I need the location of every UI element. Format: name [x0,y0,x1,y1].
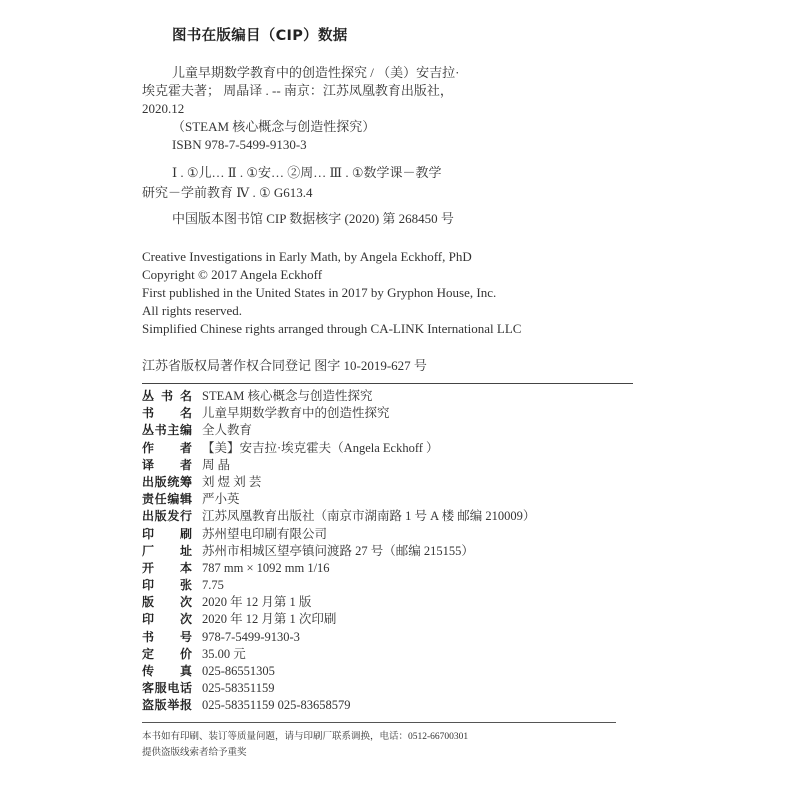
info-value: 儿童早期数学教育中的创造性探究 [192,405,390,422]
chinese-rights-line: Simplified Chinese rights arranged throu… [142,320,521,338]
info-label: 责任编辑 [142,491,192,508]
english-title-line: Creative Investigations in Early Math, b… [142,248,521,266]
info-value: 35.00 元 [192,646,246,663]
copyright-registration: 江苏省版权局著作权合同登记 图字 10-2019-627 号 [142,355,427,374]
rights-reserved-line: All rights reserved. [142,302,521,320]
info-row-price: 定价 35.00 元 [142,646,535,663]
info-value: 787 mm × 1092 mm 1/16 [192,560,330,577]
info-row-printer: 印刷 苏州望电印刷有限公司 [142,526,535,543]
info-row-editor: 责任编辑 严小英 [142,491,535,508]
info-label: 书名 [142,405,192,422]
footer-notice: 本书如有印刷、装订等质量问题，请与印刷厂联系调换，电话：0512-6670030… [142,729,468,761]
info-label: 定价 [142,646,192,663]
info-row-printing: 印次 2020 年 12 月第 1 次印刷 [142,611,535,628]
info-row-factory-address: 厂址 苏州市相城区望亭镇问渡路 27 号（邮编 215155） [142,543,535,560]
info-label: 版次 [142,594,192,611]
info-value: 全人教育 [192,422,252,439]
info-label: 印刷 [142,526,192,543]
info-label: 书号 [142,629,192,646]
info-label: 厂址 [142,543,192,560]
info-label: 丛书主编 [142,422,192,439]
top-divider [142,383,633,384]
cip-series-line: （STEAM 核心概念与创造性探究） [142,118,502,136]
info-row-title: 书名 儿童早期数学教育中的创造性探究 [142,405,535,422]
info-row-translator: 译者 周 晶 [142,457,535,474]
classification-line: 研究－学前教育 Ⅳ . ① G613.4 [142,183,502,203]
cip-entry-line: 埃克霍夫著； 周晶译 . -- 南京：江苏凤凰教育出版社， [142,82,502,100]
info-value: 刘 煜 刘 芸 [192,474,261,491]
info-label: 客服电话 [142,680,192,697]
info-value: 江苏凤凰教育出版社（南京市湖南路 1 号 A 楼 邮编 210009） [192,508,535,525]
bottom-divider [142,722,616,723]
info-row-publisher: 出版发行 江苏凤凰教育出版社（南京市湖南路 1 号 A 楼 邮编 210009） [142,508,535,525]
first-published-line: First published in the United States in … [142,284,521,302]
info-value: 978-7-5499-9130-3 [192,629,300,646]
info-value: 025-58351159 025-83658579 [192,697,351,714]
info-row-series: 丛书名 STEAM 核心概念与创造性探究 [142,388,535,405]
classification-line: Ⅰ . ①儿… Ⅱ . ①安… ②周… Ⅲ . ①数学课－教学 [142,163,502,183]
cip-entry-line: 儿童早期数学教育中的创造性探究 / （美）安吉拉· [142,64,502,82]
info-row-sheets: 印张 7.75 [142,577,535,594]
info-label: 开本 [142,560,192,577]
info-label: 印次 [142,611,192,628]
cip-number: 中国版本图书馆 CIP 数据核字 (2020) 第 268450 号 [172,208,454,227]
cip-classification: Ⅰ . ①儿… Ⅱ . ①安… ②周… Ⅲ . ①数学课－教学 研究－学前教育 … [142,163,502,203]
quality-notice: 本书如有印刷、装订等质量问题，请与印刷厂联系调换，电话：0512-6670030… [142,729,468,745]
info-row-piracy-report: 盗版举报 025-58351159 025-83658579 [142,697,535,714]
cip-entry-line: 2020.12 [142,100,502,118]
info-label: 传真 [142,663,192,680]
info-label: 丛书名 [142,388,192,405]
cip-entry: 儿童早期数学教育中的创造性探究 / （美）安吉拉· 埃克霍夫著； 周晶译 . -… [142,64,502,154]
info-row-series-editor: 丛书主编 全人教育 [142,422,535,439]
publication-info-table: 丛书名 STEAM 核心概念与创造性探究 书名 儿童早期数学教育中的创造性探究 … [142,388,535,715]
info-value: STEAM 核心概念与创造性探究 [192,388,373,405]
english-rights-block: Creative Investigations in Early Math, b… [142,248,521,338]
copyright-page: 图书在版编目（CIP）数据 儿童早期数学教育中的创造性探究 / （美）安吉拉· … [0,0,800,800]
info-value: 2020 年 12 月第 1 版 [192,594,311,611]
info-label: 出版发行 [142,508,192,525]
info-label: 盗版举报 [142,697,192,714]
info-value: 苏州市相城区望亭镇问渡路 27 号（邮编 215155） [192,543,474,560]
info-row-fax: 传真 025-86551305 [142,663,535,680]
info-row-publishing-coordinator: 出版统筹 刘 煜 刘 芸 [142,474,535,491]
info-row-author: 作者 【美】安吉拉·埃克霍夫（Angela Eckhoff ） [142,440,535,457]
info-label: 印张 [142,577,192,594]
info-value: 苏州望电印刷有限公司 [192,526,327,543]
piracy-reward-notice: 提供盗版线索者给予重奖 [142,745,468,761]
cip-isbn-line: ISBN 978-7-5499-9130-3 [142,136,502,154]
info-value: 2020 年 12 月第 1 次印刷 [192,611,336,628]
info-row-edition: 版次 2020 年 12 月第 1 版 [142,594,535,611]
info-row-format: 开本 787 mm × 1092 mm 1/16 [142,560,535,577]
info-value: 周 晶 [192,457,230,474]
info-value: 025-58351159 [192,680,274,697]
copyright-line: Copyright © 2017 Angela Eckhoff [142,266,521,284]
info-label: 作者 [142,440,192,457]
info-value: 025-86551305 [192,663,275,680]
info-label: 出版统筹 [142,474,192,491]
info-value: 严小英 [192,491,240,508]
info-value: 7.75 [192,577,224,594]
info-row-customer-service: 客服电话 025-58351159 [142,680,535,697]
info-label: 译者 [142,457,192,474]
info-value: 【美】安吉拉·埃克霍夫（Angela Eckhoff ） [192,440,439,457]
info-row-isbn: 书号 978-7-5499-9130-3 [142,629,535,646]
cip-heading: 图书在版编目（CIP）数据 [172,24,348,45]
